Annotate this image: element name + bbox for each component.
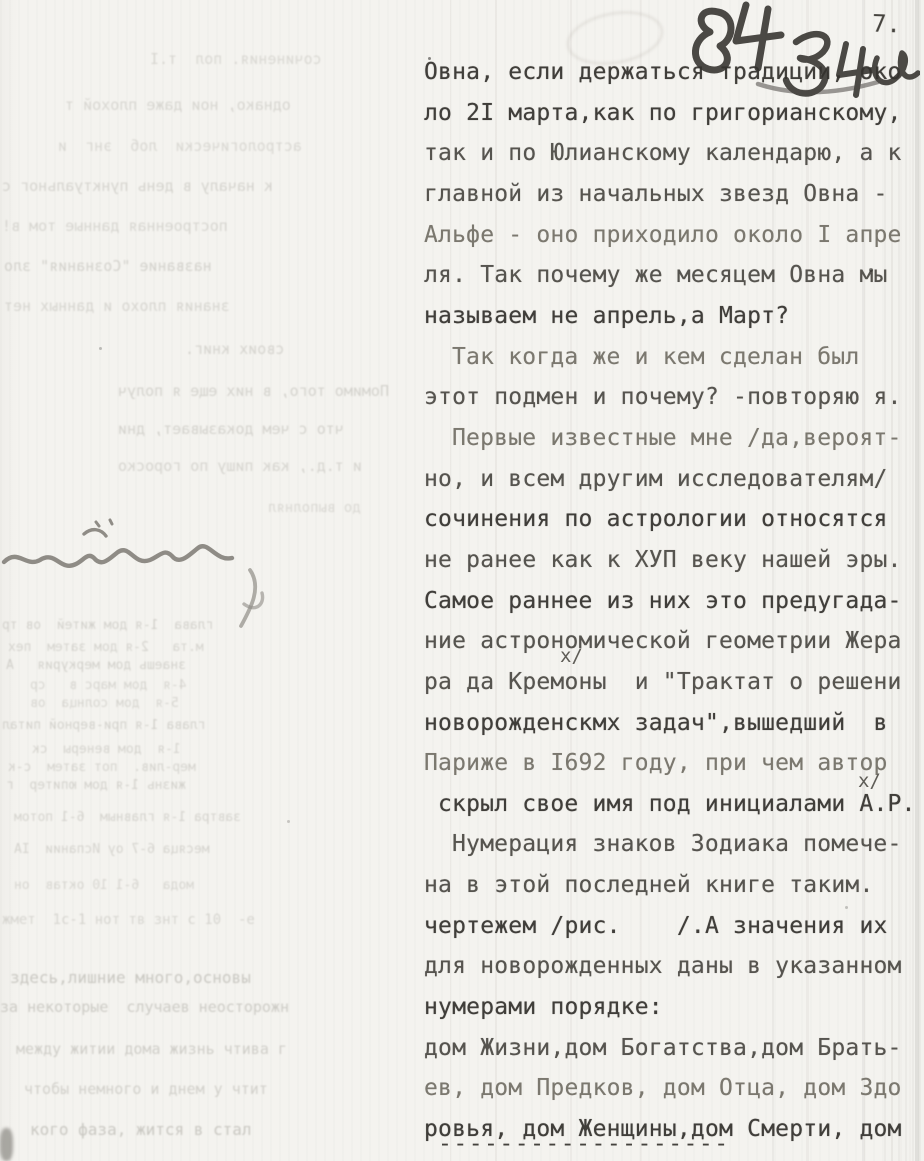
handwritten-annotation [0,512,300,662]
typewritten-line: ние астрономической геометрии Жера [424,621,916,662]
handwritten-number [640,0,920,115]
ghost-text-line: глава 1-я при-верной питал [2,718,206,733]
ghost-text-line: жмет 1с-1 нот тв знт с 10 -е [2,912,255,928]
typewritten-line: новорожденскмх задач",вышедший в [424,703,916,744]
typewritten-line: чертежем /рис. /.А значения их [424,906,916,947]
typewritten-line: ра да Кремоны и "Трактат о решени [424,662,916,703]
ghost-text-line: жизнь 1-я дом юпитер г [6,778,186,793]
ghost-text-line: кого фаза, жится в стал [30,1120,252,1139]
ghost-text-line: 5-я дом солнца ов [30,696,179,711]
typewritten-line: так и по Юлианскому календарю, а к [424,133,916,174]
ghost-text-line: однако, нои даже плохой т [65,96,291,114]
ghost-text-line: мер-лив. пот затем с-к [8,760,196,775]
ghost-text-line: сочинения. пол т.I [150,50,322,68]
typewritten-line: ля. Так почему же месяцем Овна мы [424,255,916,296]
typewritten-line: Париже в I692 году, при чем автор [424,743,916,784]
typewritten-line: Альфе - оно приходило около I апре [424,215,916,256]
ghost-text-line: построенная данные том в! [2,217,228,235]
ghost-text-line: между житии дома жизнь чтива г [16,1040,287,1058]
typewritten-line: Первые известные мне /да,вероят- [424,418,916,459]
ghost-text-line: знания плохо и данных нет [4,297,230,315]
ghost-text-line: и т.д., как пишу по гороско [118,457,362,475]
ghost-text-line: здесь,лишние много,основы [10,968,251,987]
typewritten-line: Так когда же и кем сделан был [424,337,916,378]
footnote-mark-2: x/ [858,770,881,792]
ink-speck [520,1012,522,1014]
scanned-document-page: сочинения. пол т.Iоднако, нои даже плохо… [0,0,924,1161]
typewritten-text-block: Овна, если держаться традиции, около 2I … [424,52,916,1150]
ghost-text-line: мода 6-1 10 октав он [14,878,194,893]
typewritten-line: Нумерация знаков Зодиака помече- [424,824,916,865]
ink-speck [99,347,102,350]
typewritten-line: нумерами порядке: [424,987,916,1028]
footnote-mark-1: x/ [560,645,583,667]
ghost-text-line: чтобы немного и днем у чтит [24,1080,268,1098]
typewritten-line: скрыл свое имя под инициалами А.Р. [424,784,916,825]
typewritten-line: на в этой последней книге таким. [424,865,916,906]
ghost-text-line: 4-я дом марс в ср [30,678,187,693]
ghost-text-line: к началу в день пунктуальног с [2,177,273,195]
ink-speck [845,906,848,909]
ink-speck [428,57,431,60]
typewritten-line: этот подмен и почему? -повторяю я. [424,377,916,418]
ghost-text-line: месяца 6-7 оу Испании IА [14,842,210,857]
ink-speck [287,820,290,823]
footnote-separator: ------------------- [438,1131,730,1157]
ghost-text-line: завтра 1-я главным 6-1 потом [14,810,241,825]
typewritten-line: главной из начальных звезд Овна - [424,174,916,215]
ghost-text-line: астрологически лоб энг и [58,137,302,155]
ghost-text-line: своих книг. [185,340,284,358]
ghost-text-line: 1-я дом венеры ск [32,742,181,757]
typewritten-line: ев, дом Предков, дом Отца, дом Здо [424,1068,916,1109]
ink-speck [869,268,873,272]
ghost-text-line: что с чем доказывает, дни [118,420,344,438]
typewritten-line: не ранее как к ХУП веку нашей эры. [424,540,916,581]
typewritten-line: дом Жизни,дом Богатства,дом Брать- [424,1028,916,1069]
ghost-text-line: название "Сознания" зло [4,257,212,275]
corner-smudge [0,1128,13,1161]
ghost-text-line: за некоторые случаев неосторожн [0,998,289,1016]
typewritten-line: сочинения по астрологии относятся [424,499,916,540]
typewritten-line: Самое раннее из них это предугада- [424,581,916,622]
typewritten-line: но, и всем другим исследователям/ [424,459,916,500]
typewritten-line: называем не апрель,а Март? [424,296,916,337]
ghost-text-line: Помимо того, в них еще я получ [118,382,389,400]
typewritten-line: для новорожденных даны в указанном [424,946,916,987]
